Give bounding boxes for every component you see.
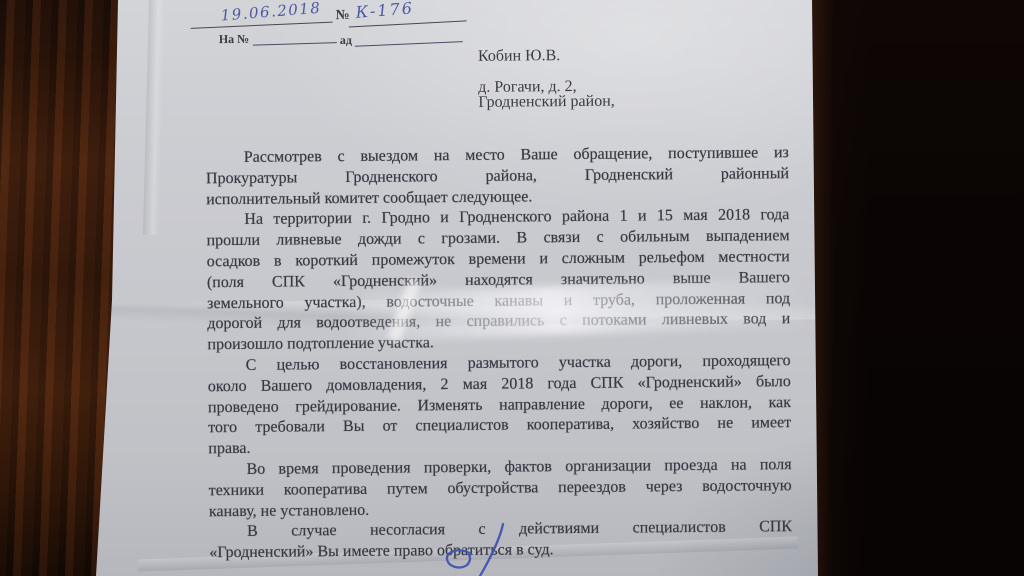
ref-from-label: ад [340,33,352,48]
handwritten-outgoing-number: К-176 [355,0,415,22]
letter-body: Рассмотрев с выездом на место Ваше обращ… [206,143,793,564]
photo-of-letter: 19.06.2018 № К-176 На № ад Кобин Ю.В. д.… [0,0,1024,576]
wooden-table-right [810,0,870,576]
ref-number-rule-line [253,42,337,45]
number-sign-label: № [336,8,350,24]
ref-date-rule-line [355,41,463,47]
letter-sheet: 19.06.2018 № К-176 На № ад Кобин Ю.В. д.… [0,0,1024,576]
recipient-block: Кобин Ю.В. д. Рогачи, д. 2, Гродненский … [478,47,615,110]
ref-number-label: На № [219,32,250,47]
recipient-name: Кобин Ю.В. [478,47,615,66]
recipient-address-line2: Гродненский район, [478,94,615,110]
handwritten-date: 19.06.2018 [220,0,322,25]
signature-ink-stroke [430,518,550,576]
date-rule-line [191,22,333,29]
number-rule-line [349,20,467,27]
